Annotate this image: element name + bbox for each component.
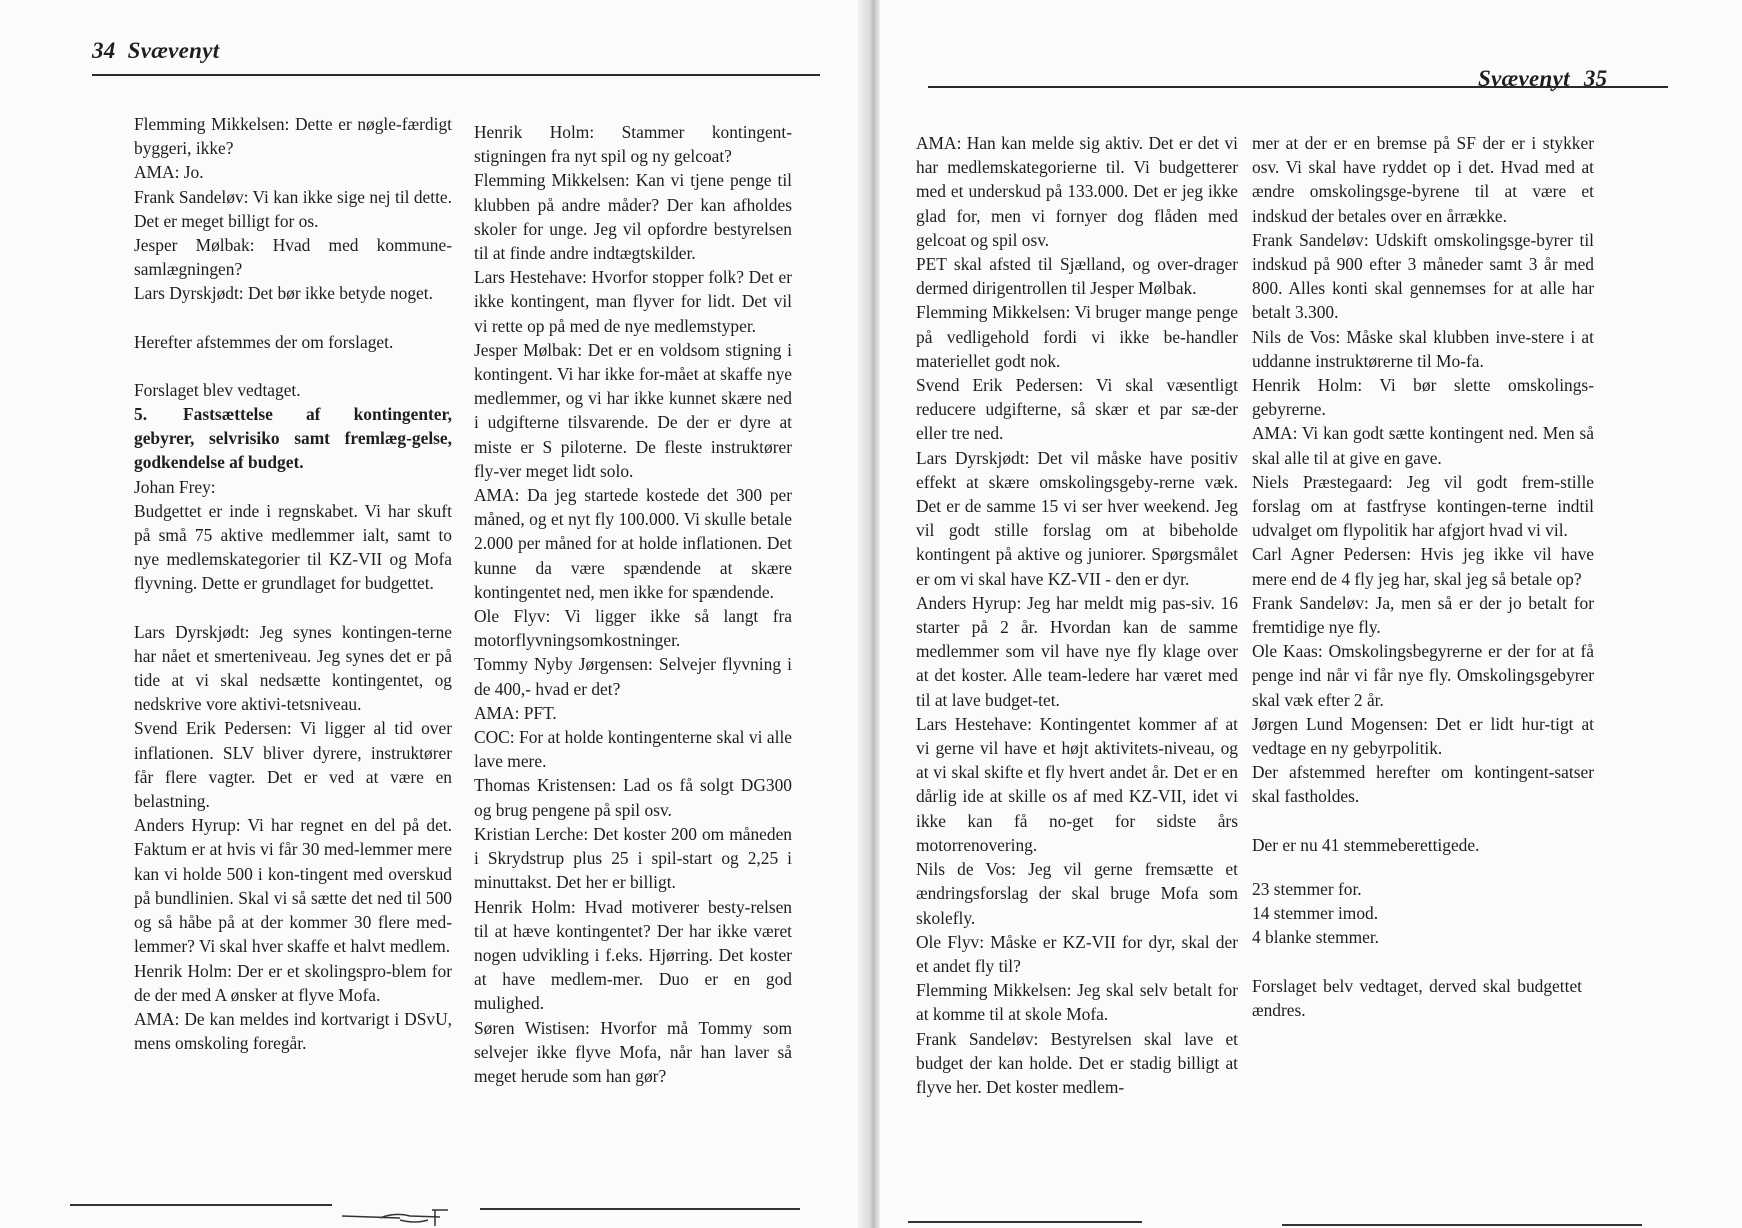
right-page-column-1: AMA: Han kan melde sig aktiv. Det er det… (916, 131, 1238, 1099)
section-title: Fastsættelse af kontingenter, gebyrer, s… (134, 404, 452, 472)
section-heading: 5.Fastsættelse af kontingenter, gebyrer,… (134, 402, 452, 475)
speaker-intro: Johan Frey: (134, 475, 452, 499)
paragraph: Flemming Mikkelsen: Jeg skal selv betalt… (916, 978, 1238, 1026)
paragraph: mer at der er en bremse på SF der er i s… (1252, 131, 1594, 228)
paragraph: Henrik Holm: Der er et skolingspro-blem … (134, 959, 452, 1007)
page-number: 34 (92, 38, 116, 63)
vote-note: Herefter afstemmes der om forslaget. (134, 330, 452, 354)
paragraph: Anders Hyrup: Jeg har meldt mig pas-siv.… (916, 591, 1238, 712)
paragraph: Lars Dyrskjødt: Det bør ikke betyde noge… (134, 281, 452, 305)
left-page-column-2: Henrik Holm: Stammer kontingent-stigning… (474, 120, 792, 1088)
left-page-column-1: Flemming Mikkelsen: Dette er nøgle-færdi… (134, 112, 452, 1055)
votes-blank: 4 blanke stemmer. (1252, 925, 1594, 949)
paragraph: AMA: Da jeg startede kostede det 300 per… (474, 483, 792, 604)
paragraph: AMA: Vi kan godt sætte kontingent ned. M… (1252, 421, 1594, 469)
paragraph: Ole Kaas: Omskolingsbegyrerne er der for… (1252, 639, 1594, 712)
paragraph: Tommy Nyby Jørgensen: Selvejer flyvning … (474, 652, 792, 700)
paragraph: Henrik Holm: Stammer kontingent-stigning… (474, 120, 792, 168)
paragraph: Lars Dyrskjødt: Det vil måske have posit… (916, 446, 1238, 591)
paragraph: Frank Sandeløv: Bestyrelsen skal lave et… (916, 1027, 1238, 1100)
paragraph: Henrik Holm: Vi bør slette omskolings-ge… (1252, 373, 1594, 421)
paragraph: Flemming Mikkelsen: Kan vi tjene penge t… (474, 168, 792, 265)
paragraph: Lars Hestehave: Hvorfor stopper folk? De… (474, 265, 792, 338)
paragraph: Jesper Mølbak: Det er en voldsom stignin… (474, 338, 792, 483)
paragraph: PET skal afsted til Sjælland, og over-dr… (916, 252, 1238, 300)
paragraph: AMA: PFT. (474, 701, 792, 725)
magazine-title: Svævenyt (1478, 66, 1570, 91)
paragraph: Frank Sandeløv: Ja, men så er der jo bet… (1252, 591, 1594, 639)
glider-icon (340, 1206, 470, 1228)
paragraph: Anders Hyrup: Vi har regnet en del på de… (134, 813, 452, 958)
right-page-column-2: mer at der er en bremse på SF der er i s… (1252, 131, 1594, 1022)
footer-rule-left (70, 1204, 332, 1206)
paragraph: Der afstemmed herefter om kontingent-sat… (1252, 760, 1594, 808)
paragraph: Jørgen Lund Mogensen: Det er lidt hur-ti… (1252, 712, 1594, 760)
section-number: 5. (134, 404, 147, 424)
paragraph: Ole Flyv: Måske er KZ-VII for dyr, skal … (916, 930, 1238, 978)
votes-for: 23 stemmer for. (1252, 877, 1594, 901)
paragraph: AMA: De kan meldes ind kortvarigt i DSvU… (134, 1007, 452, 1055)
paragraph: Lars Dyrskjødt: Jeg synes kontingen-tern… (134, 620, 452, 717)
right-page: Svævenyt35 AMA: Han kan melde sig aktiv.… (880, 0, 1742, 1228)
paragraph: Nils de Vos: Måske skal klubben inve-ste… (1252, 325, 1594, 373)
paragraph: Nils de Vos: Jeg vil gerne fremsætte et … (916, 857, 1238, 930)
paragraph: Jesper Mølbak: Hvad med kommune-samlægni… (134, 233, 452, 281)
magazine-title: Svævenyt (128, 38, 220, 63)
eligible-voters: Der er nu 41 stemmeberettigede. (1252, 833, 1594, 857)
paragraph: Carl Agner Pedersen: Hvis jeg ikke vil h… (1252, 542, 1594, 590)
footer-rule-right (480, 1208, 800, 1210)
paragraph: Frank Sandeløv: Udskift omskolingsge-byr… (1252, 228, 1594, 325)
paragraph: Lars Hestehave: Kontingentet kommer af a… (916, 712, 1238, 857)
paragraph: COC: For at holde kontingenterne skal vi… (474, 725, 792, 773)
footer-rule-right (1282, 1224, 1642, 1226)
paragraph: Flemming Mikkelsen: Vi bruger mange peng… (916, 300, 1238, 373)
page-header-left: 34Svævenyt (92, 38, 219, 64)
paragraph: Frank Sandeløv: Vi kan ikke sige nej til… (134, 185, 452, 233)
conclusion: Forslaget belv vedtaget, derved skal bud… (1252, 974, 1582, 1022)
paragraph: Søren Wistisen: Hvorfor må Tommy som sel… (474, 1016, 792, 1089)
paragraph: AMA: Jo. (134, 160, 452, 184)
paragraph: Niels Præstegaard: Jeg vil godt frem-sti… (1252, 470, 1594, 543)
left-page: 34Svævenyt Flemming Mikkelsen: Dette er … (0, 0, 862, 1228)
page-header-right: Svævenyt35 (1478, 66, 1607, 92)
votes-against: 14 stemmer imod. (1252, 901, 1594, 925)
header-rule (92, 74, 820, 76)
page-number: 35 (1584, 66, 1608, 91)
paragraph: Ole Flyv: Vi ligger ikke så langt fra mo… (474, 604, 792, 652)
paragraph: Kristian Lerche: Det koster 200 om måned… (474, 822, 792, 895)
paragraph: Henrik Holm: Hvad motiverer besty-relsen… (474, 895, 792, 1016)
paragraph: Svend Erik Pedersen: Vi skal væsentligt … (916, 373, 1238, 446)
vote-tally: 23 stemmer for. 14 stemmer imod. 4 blank… (1252, 877, 1594, 950)
paragraph: Thomas Kristensen: Lad os få solgt DG300… (474, 773, 792, 821)
budget-paragraph: Budgettet er inde i regnskabet. Vi har s… (134, 499, 452, 596)
paragraph: Svend Erik Pedersen: Vi ligger al tid ov… (134, 716, 452, 813)
paragraph: AMA: Han kan melde sig aktiv. Det er det… (916, 131, 1238, 252)
paragraph: Flemming Mikkelsen: Dette er nøgle-færdi… (134, 112, 452, 160)
footer-rule-left (908, 1221, 1142, 1223)
vote-result: Forslaget blev vedtaget. (134, 378, 452, 402)
